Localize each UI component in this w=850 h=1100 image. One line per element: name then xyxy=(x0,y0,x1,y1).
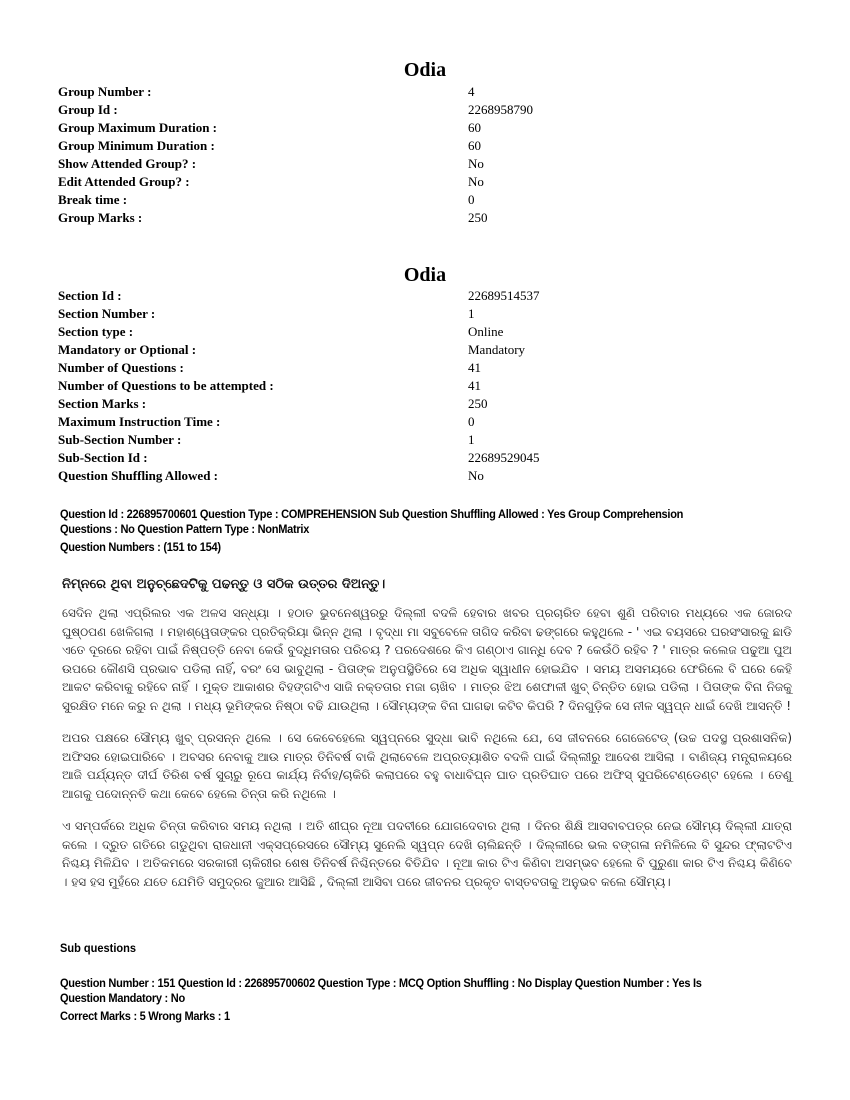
group-info-table: Group Number : 4 Group Id : 2268958790 G… xyxy=(58,83,778,227)
group-number-value: 4 xyxy=(468,83,778,101)
max-instruction-time-value: 0 xyxy=(468,413,778,431)
section-marks-label: Section Marks : xyxy=(58,395,468,413)
show-attended-group-value: No xyxy=(468,155,778,173)
sub-question-151-meta: Question Number : 151 Question Id : 2268… xyxy=(60,976,787,1024)
passage-paragraph-2: ଅପର ପକ୍ଷରେ ସୌମ୍ୟ ଖୁବ୍ ପ୍ରସନ୍ନ ଥିଲେ । ସେ … xyxy=(62,729,792,803)
section-number-value: 1 xyxy=(468,305,778,323)
sub-question-meta-line-1: Question Number : 151 Question Id : 2268… xyxy=(60,976,787,991)
sub-section-id-value: 22689529045 xyxy=(468,449,778,467)
group-min-duration-value: 60 xyxy=(468,137,778,155)
break-time-value: 0 xyxy=(468,191,778,209)
group-number-label: Group Number : xyxy=(58,83,468,101)
edit-attended-group-row: Edit Attended Group? : No xyxy=(58,173,778,191)
questions-to-attempt-label: Number of Questions to be attempted : xyxy=(58,377,468,395)
passage-instruction: ନିମ୍ନରେ ଥିବା ଅନୁଚ୍ଛେଦଟିକୁ ପଢନ୍ତୁ ଓ ସଠିକ … xyxy=(62,576,792,594)
sub-questions-heading: Sub questions xyxy=(60,941,136,955)
passage-paragraph-1: ସେଦିନ ଥିଲା ଏପ୍ରିଲର ଏକ ଅଳସ ସନ୍ଧ୍ୟା । ହଠାତ… xyxy=(62,604,792,715)
section-type-row: Section type : Online xyxy=(58,323,778,341)
group-marks-row: Group Marks : 250 xyxy=(58,209,778,227)
group-id-label: Group Id : xyxy=(58,101,468,119)
questions-to-attempt-value: 41 xyxy=(468,377,778,395)
section-number-label: Section Number : xyxy=(58,305,468,323)
question-meta: Question Id : 226895700601 Question Type… xyxy=(60,507,732,555)
group-marks-label: Group Marks : xyxy=(58,209,468,227)
group-max-duration-row: Group Maximum Duration : 60 xyxy=(58,119,778,137)
number-of-questions-value: 41 xyxy=(468,359,778,377)
group-min-duration-label: Group Minimum Duration : xyxy=(58,137,468,155)
question-shuffling-label: Question Shuffling Allowed : xyxy=(58,467,468,485)
document-page: Odia Group Number : 4 Group Id : 2268958… xyxy=(0,0,850,1100)
max-instruction-time-row: Maximum Instruction Time : 0 xyxy=(58,413,778,431)
section-type-value: Online xyxy=(468,323,778,341)
question-numbers: Question Numbers : (151 to 154) xyxy=(60,540,732,555)
mandatory-optional-label: Mandatory or Optional : xyxy=(58,341,468,359)
group-title: Odia xyxy=(0,58,850,82)
section-title: Odia xyxy=(0,263,850,287)
sub-section-number-row: Sub-Section Number : 1 xyxy=(58,431,778,449)
mandatory-optional-row: Mandatory or Optional : Mandatory xyxy=(58,341,778,359)
mandatory-optional-value: Mandatory xyxy=(468,341,778,359)
passage-paragraph-3: ଏ ସମ୍ପର୍କରେ ଅଧିକ ଚିନ୍ତା କରିବାର ସମୟ ନଥିଲା… xyxy=(62,817,792,891)
group-max-duration-label: Group Maximum Duration : xyxy=(58,119,468,137)
section-marks-row: Section Marks : 250 xyxy=(58,395,778,413)
sub-section-id-row: Sub-Section Id : 22689529045 xyxy=(58,449,778,467)
section-id-row: Section Id : 22689514537 xyxy=(58,287,778,305)
questions-to-attempt-row: Number of Questions to be attempted : 41 xyxy=(58,377,778,395)
section-id-label: Section Id : xyxy=(58,287,468,305)
section-number-row: Section Number : 1 xyxy=(58,305,778,323)
sub-section-number-value: 1 xyxy=(468,431,778,449)
question-meta-line-1: Question Id : 226895700601 Question Type… xyxy=(60,507,732,522)
question-shuffling-value: No xyxy=(468,467,778,485)
section-info-table: Section Id : 22689514537 Section Number … xyxy=(58,287,778,485)
section-type-label: Section type : xyxy=(58,323,468,341)
number-of-questions-row: Number of Questions : 41 xyxy=(58,359,778,377)
sub-section-id-label: Sub-Section Id : xyxy=(58,449,468,467)
show-attended-group-label: Show Attended Group? : xyxy=(58,155,468,173)
max-instruction-time-label: Maximum Instruction Time : xyxy=(58,413,468,431)
group-id-row: Group Id : 2268958790 xyxy=(58,101,778,119)
edit-attended-group-value: No xyxy=(468,173,778,191)
show-attended-group-row: Show Attended Group? : No xyxy=(58,155,778,173)
question-shuffling-row: Question Shuffling Allowed : No xyxy=(58,467,778,485)
break-time-label: Break time : xyxy=(58,191,468,209)
sub-question-meta-line-2: Question Mandatory : No xyxy=(60,991,787,1006)
edit-attended-group-label: Edit Attended Group? : xyxy=(58,173,468,191)
group-min-duration-row: Group Minimum Duration : 60 xyxy=(58,137,778,155)
group-number-row: Group Number : 4 xyxy=(58,83,778,101)
group-max-duration-value: 60 xyxy=(468,119,778,137)
group-id-value: 2268958790 xyxy=(468,101,778,119)
section-marks-value: 250 xyxy=(468,395,778,413)
sub-section-number-label: Sub-Section Number : xyxy=(58,431,468,449)
comprehension-passage: ନିମ୍ନରେ ଥିବା ଅନୁଚ୍ଛେଦଟିକୁ ପଢନ୍ତୁ ଓ ସଠିକ … xyxy=(62,576,792,905)
question-meta-line-2: Questions : No Question Pattern Type : N… xyxy=(60,522,732,537)
group-marks-value: 250 xyxy=(468,209,778,227)
number-of-questions-label: Number of Questions : xyxy=(58,359,468,377)
section-id-value: 22689514537 xyxy=(468,287,778,305)
sub-question-marks: Correct Marks : 5 Wrong Marks : 1 xyxy=(60,1009,787,1024)
break-time-row: Break time : 0 xyxy=(58,191,778,209)
